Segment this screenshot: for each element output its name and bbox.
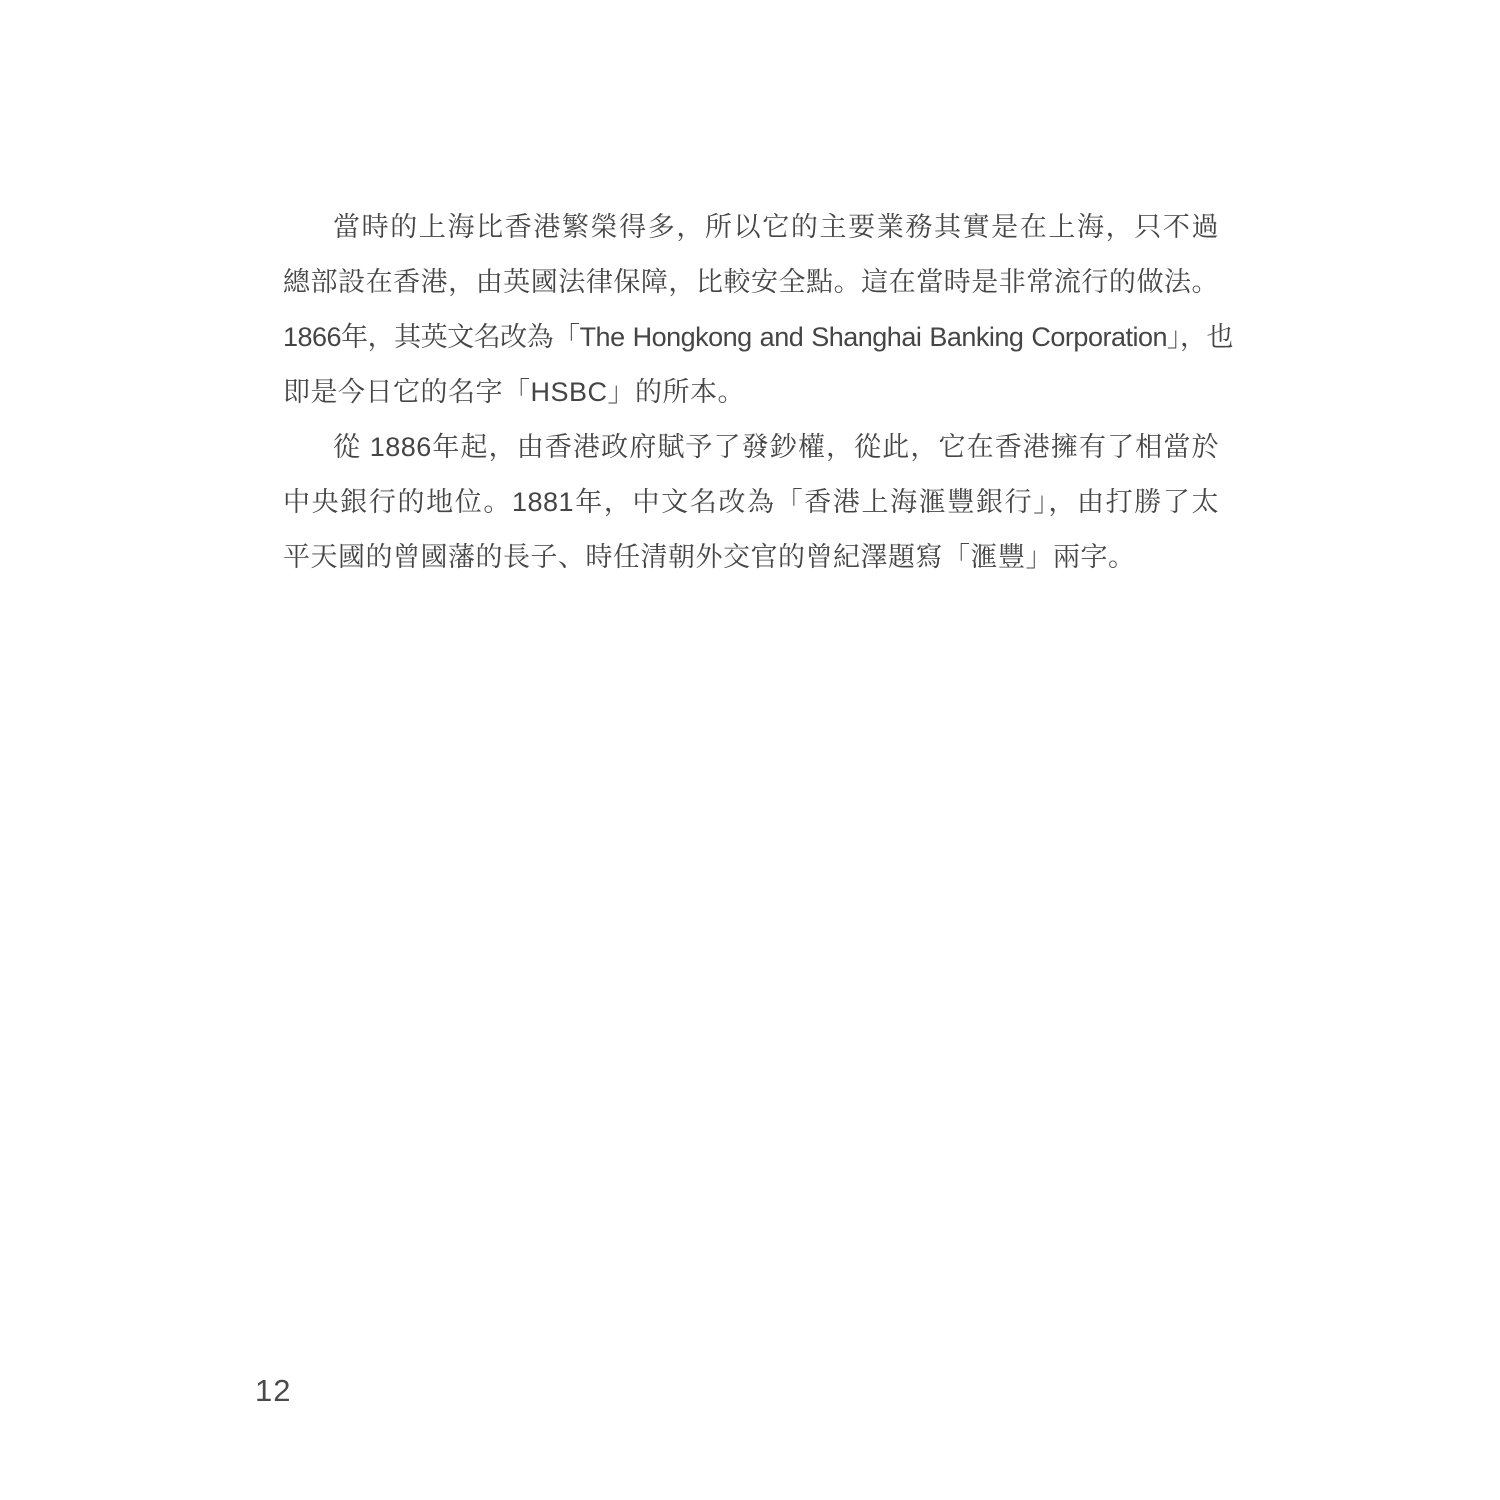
- text-line-3: 1866年，其英文名改為「The Hongkong and Shanghai B…: [283, 310, 1219, 365]
- text-line-6: 中央銀行的地位。1881年，中文名改為「香港上海滙豐銀行」，由打勝了太: [283, 475, 1219, 530]
- document-page: 當時的上海比香港繁榮得多，所以它的主要業務其實是在上海，只不過 總部設在香港，由…: [0, 0, 1500, 1500]
- text-line-7: 平天國的曾國藩的長子、時任清朝外交官的曾紀澤題寫「滙豐」兩字。: [283, 530, 1219, 585]
- text-block: 當時的上海比香港繁榮得多，所以它的主要業務其實是在上海，只不過 總部設在香港，由…: [283, 200, 1219, 585]
- page-number: 12: [255, 1373, 291, 1409]
- text-line-2: 總部設在香港，由英國法律保障，比較安全點。這在當時是非常流行的做法。: [283, 255, 1219, 310]
- text-line-5: 從 1886年起，由香港政府賦予了發鈔權，從此，它在香港擁有了相當於: [283, 420, 1219, 475]
- text-line-1: 當時的上海比香港繁榮得多，所以它的主要業務其實是在上海，只不過: [283, 200, 1219, 255]
- text-line-4: 即是今日它的名字「HSBC」的所本。: [283, 365, 1219, 420]
